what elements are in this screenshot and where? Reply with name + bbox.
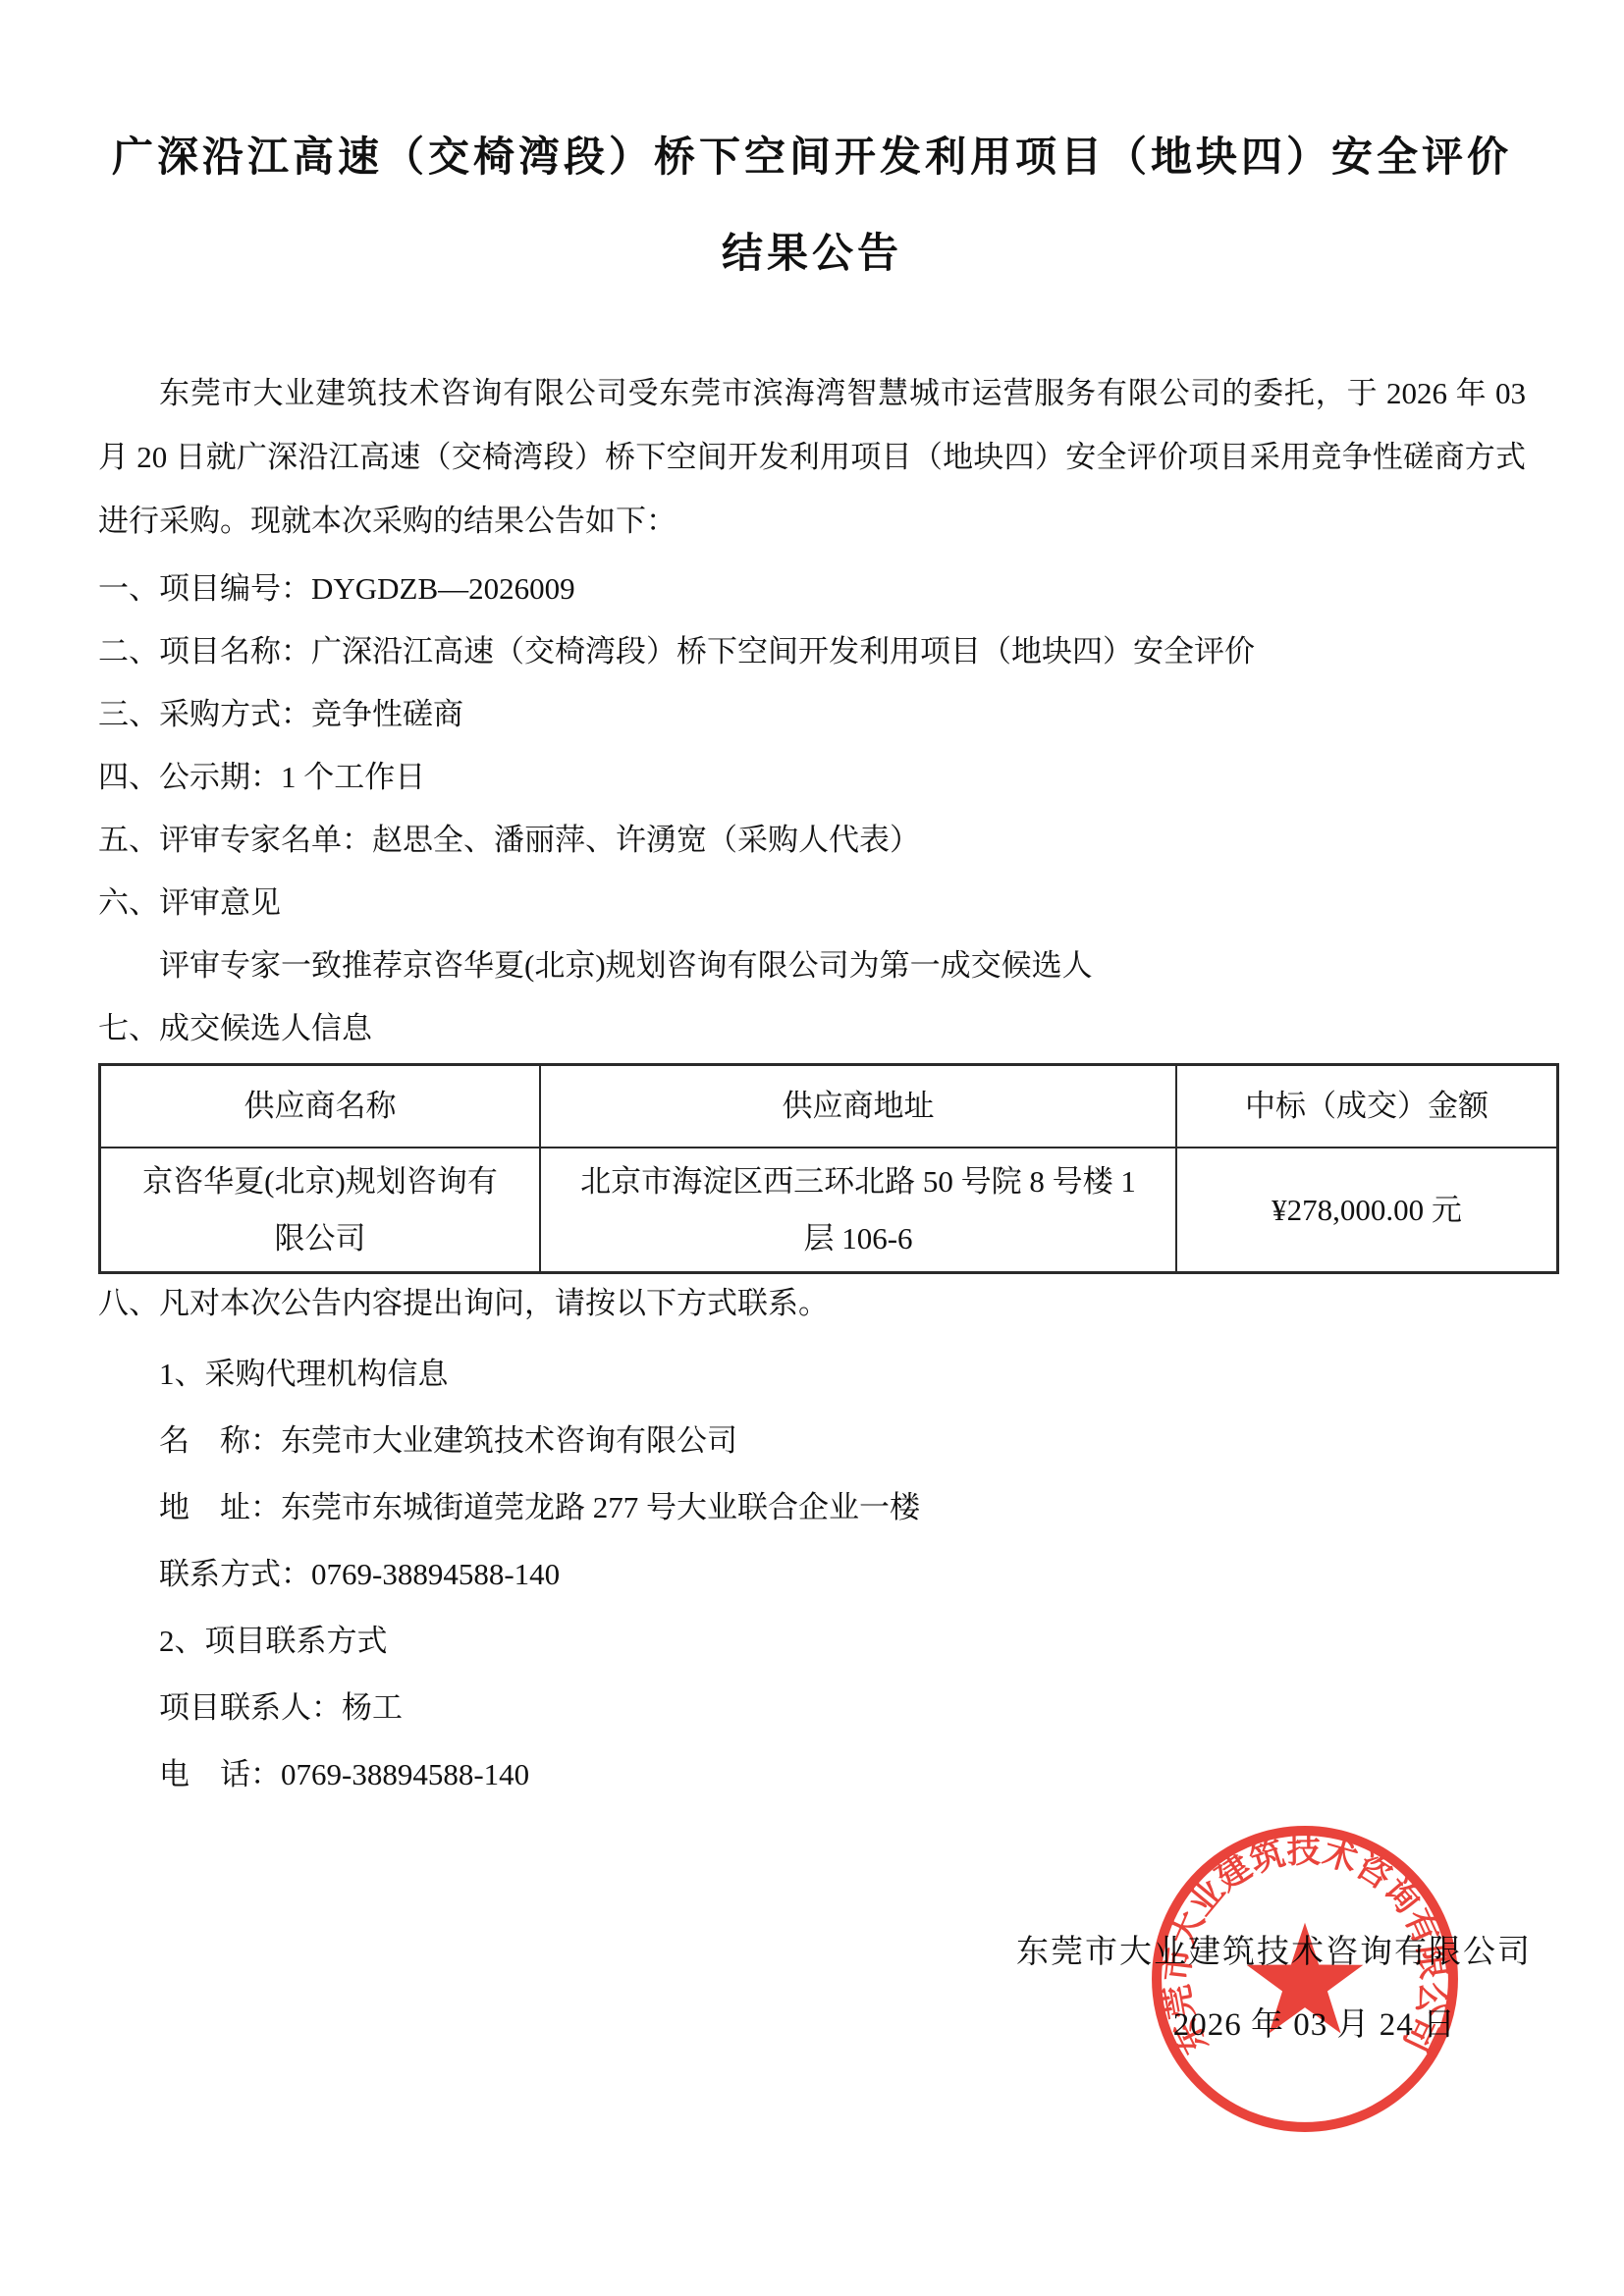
agency-address: 地 址：东莞市东城街道莞龙路 277 号大业联合企业一楼 <box>98 1474 1526 1541</box>
section-procurement-method: 三、采购方式：竞争性磋商 <box>98 683 1526 746</box>
contact-block: 1、采购代理机构信息 名 称：东莞市大业建筑技术咨询有限公司 地 址：东莞市东城… <box>98 1341 1526 1808</box>
agency-info-heading: 1、采购代理机构信息 <box>98 1341 1526 1408</box>
project-contact-phone: 电 话：0769-38894588-140 <box>98 1741 1526 1808</box>
review-opinion-text: 评审专家一致推荐京咨华夏(北京)规划咨询有限公司为第一成交候选人 <box>98 934 1526 997</box>
table-header-row: 供应商名称 供应商地址 中标（成交）金额 <box>100 1065 1558 1148</box>
header-award-amount: 中标（成交）金额 <box>1176 1065 1558 1148</box>
cell-supplier-address: 北京市海淀区西三环北路 50 号院 8 号楼 1 层 106-6 <box>540 1148 1176 1273</box>
document-page: 广深沿江高速（交椅湾段）桥下空间开发利用项目（地块四）安全评价 结果公告 东莞市… <box>0 0 1624 2296</box>
project-contact-person: 项目联系人：杨工 <box>98 1675 1526 1741</box>
doc-title-line2: 结果公告 <box>0 230 1624 279</box>
candidate-table: 供应商名称 供应商地址 中标（成交）金额 京咨华夏(北京)规划咨询有限公司 北京… <box>98 1063 1559 1274</box>
candidate-table-header: 供应商名称 供应商地址 中标（成交）金额 <box>100 1065 1558 1148</box>
section-expert-list: 五、评审专家名单：赵思全、潘丽萍、许湧宽（采购人代表） <box>98 809 1526 872</box>
intro-paragraph: 东莞市大业建筑技术咨询有限公司受东莞市滨海湾智慧城市运营服务有限公司的委托，于 … <box>98 361 1526 553</box>
agency-name: 名 称：东莞市大业建筑技术咨询有限公司 <box>98 1408 1526 1474</box>
cell-award-amount: ¥278,000.00 元 <box>1176 1148 1558 1273</box>
header-supplier-name: 供应商名称 <box>100 1065 541 1148</box>
candidate-table-body: 京咨华夏(北京)规划咨询有限公司 北京市海淀区西三环北路 50 号院 8 号楼 … <box>100 1148 1558 1273</box>
header-supplier-address: 供应商地址 <box>540 1065 1176 1148</box>
section-project-number: 一、项目编号：DYGDZB—2026009 <box>98 558 1526 620</box>
section-candidate-info-heading: 七、成交候选人信息 <box>98 997 1526 1060</box>
table-row: 京咨华夏(北京)规划咨询有限公司 北京市海淀区西三环北路 50 号院 8 号楼 … <box>100 1148 1558 1273</box>
section-inquiry: 八、凡对本次公告内容提出询问，请按以下方式联系。 <box>98 1272 1526 1335</box>
section-inquiry-text: 八、凡对本次公告内容提出询问，请按以下方式联系。 <box>98 1272 1526 1335</box>
agency-phone: 联系方式：0769-38894588-140 <box>98 1541 1526 1608</box>
section-review-opinion-heading: 六、评审意见 <box>98 872 1526 934</box>
section-project-name: 二、项目名称：广深沿江高速（交椅湾段）桥下空间开发利用项目（地块四）安全评价 <box>98 620 1526 683</box>
numbered-sections: 一、项目编号：DYGDZB—2026009 二、项目名称：广深沿江高速（交椅湾段… <box>98 558 1526 1060</box>
cell-supplier-name: 京咨华夏(北京)规划咨询有限公司 <box>100 1148 541 1273</box>
doc-title-line1: 广深沿江高速（交椅湾段）桥下空间开发利用项目（地块四）安全评价 <box>0 133 1624 183</box>
section-publicity-period: 四、公示期：1 个工作日 <box>98 746 1526 809</box>
project-contact-heading: 2、项目联系方式 <box>98 1608 1526 1675</box>
seal-star-icon <box>1247 1923 1364 2034</box>
company-seal-stamp: 东莞市大业建筑技术咨询有限公司 <box>1147 1821 1463 2137</box>
